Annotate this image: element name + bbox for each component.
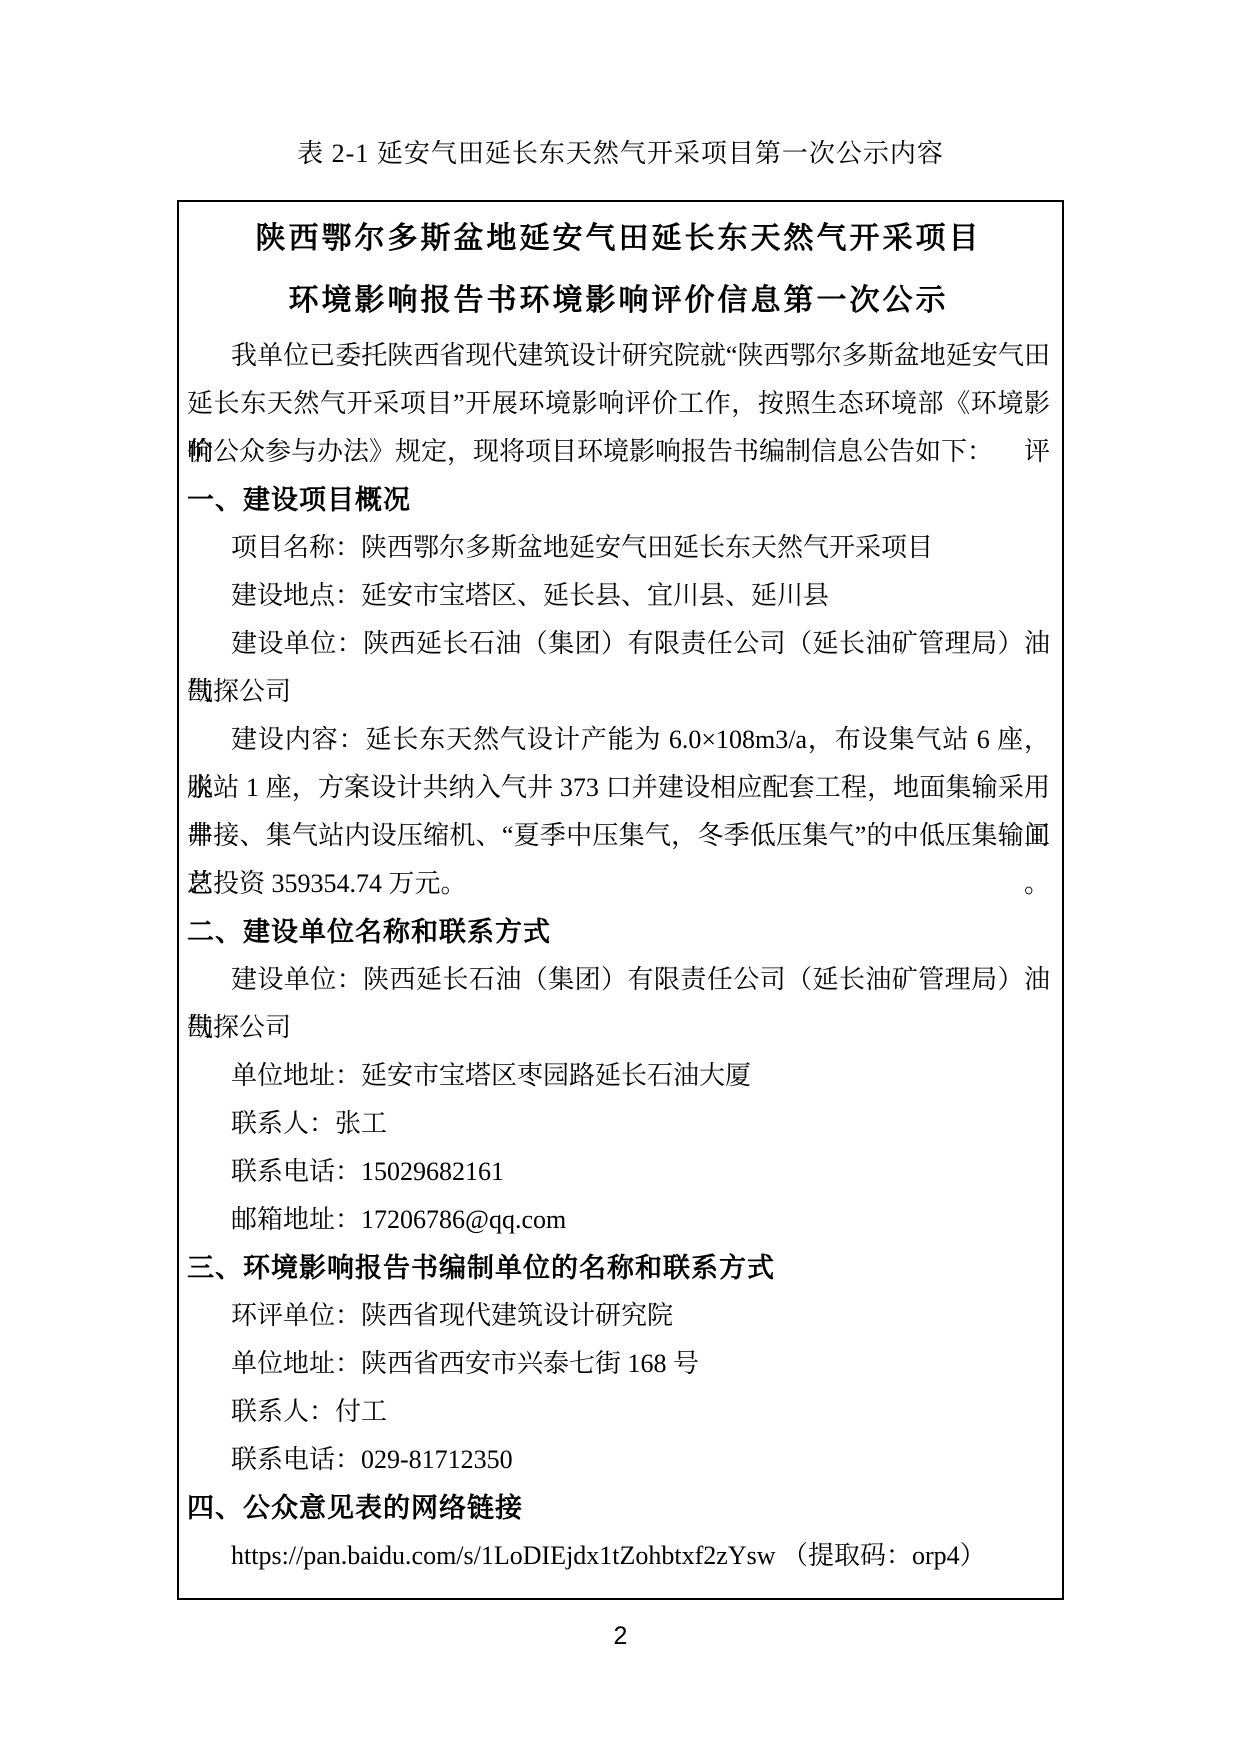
text-line: 单位地址：陕西省西安市兴泰七街 168 号 <box>187 1340 1050 1388</box>
text-line: 我单位已委托陕西省现代建筑设计研究院就“陕西鄂尔多斯盆地延安气田 <box>187 332 1050 380</box>
page-number: 2 <box>0 1622 1241 1651</box>
section-heading: 四、公众意见表的网络链接 <box>187 1484 1050 1532</box>
text-line: 串接、集气站内设压缩机、“夏季中压集气，冬季低压集气”的中低压集输工艺。 <box>187 812 1050 860</box>
text-line: 建设地点：延安市宝塔区、延长县、宜川县、延川县 <box>187 572 1050 620</box>
text-line: 联系人：付工 <box>187 1388 1050 1436</box>
text-line: 价公众参与办法》规定，现将项目环境影响报告书编制信息公告如下： <box>187 428 1050 476</box>
section-heading: 三、环境影响报告书编制单位的名称和联系方式 <box>187 1244 1050 1292</box>
table-body: 我单位已委托陕西省现代建筑设计研究院就“陕西鄂尔多斯盆地延安气田延长东天然气开采… <box>187 332 1050 1580</box>
table-title-line1: 陕西鄂尔多斯盆地延安气田延长东天然气开采项目 <box>187 208 1050 270</box>
announcement-table: 陕西鄂尔多斯盆地延安气田延长东天然气开采项目 环境影响报告书环境影响评价信息第一… <box>177 200 1064 1600</box>
text-line: 邮箱地址：17206786@qq.com <box>187 1196 1050 1244</box>
text-line: 延长东天然气开采项目”开展环境影响评价工作，按照生态环境部《环境影响评 <box>187 380 1050 428</box>
text-line: 项目名称：陕西鄂尔多斯盆地延安气田延长东天然气开采项目 <box>187 524 1050 572</box>
text-line: 勘探公司 <box>187 668 1050 716</box>
section-heading: 一、建设项目概况 <box>187 476 1050 524</box>
text-line: https://pan.baidu.com/s/1LoDIEjdx1tZohbt… <box>187 1532 1050 1580</box>
text-line: 建设单位：陕西延长石油（集团）有限责任公司（延长油矿管理局）油气 <box>187 956 1050 1004</box>
table-title-line2: 环境影响报告书环境影响评价信息第一次公示 <box>187 270 1050 332</box>
text-line: 联系电话：029-81712350 <box>187 1436 1050 1484</box>
text-line: 建设内容：延长东天然气设计产能为 6.0×108m3/a，布设集气站 6 座，脱 <box>187 716 1050 764</box>
document-page: 表 2-1 延安气田延长东天然气开采项目第一次公示内容 陕西鄂尔多斯盆地延安气田… <box>0 0 1241 1754</box>
text-line: 勘探公司 <box>187 1004 1050 1052</box>
text-line: 单位地址：延安市宝塔区枣园路延长石油大厦 <box>187 1052 1050 1100</box>
text-line: 联系电话：15029682161 <box>187 1148 1050 1196</box>
text-line: 环评单位：陕西省现代建筑设计研究院 <box>187 1292 1050 1340</box>
text-line: 水站 1 座，方案设计共纳入气井 373 口并建设相应配套工程，地面集输采用井间 <box>187 764 1050 812</box>
section-heading: 二、建设单位名称和联系方式 <box>187 908 1050 956</box>
table-caption: 表 2-1 延安气田延长东天然气开采项目第一次公示内容 <box>177 136 1064 172</box>
text-line: 建设单位：陕西延长石油（集团）有限责任公司（延长油矿管理局）油气 <box>187 620 1050 668</box>
text-line: 联系人：张工 <box>187 1100 1050 1148</box>
